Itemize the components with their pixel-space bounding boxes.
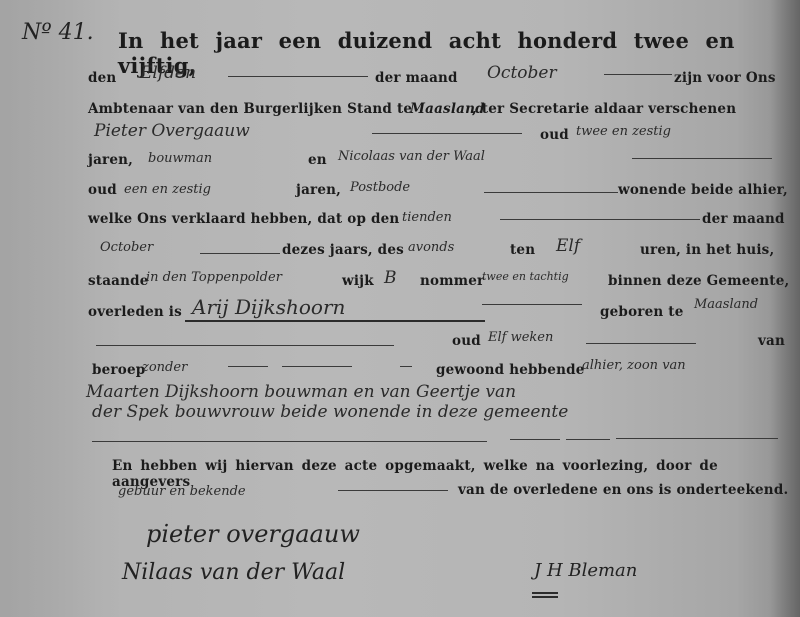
label-oud: oud: [452, 333, 481, 349]
closing-rule: [92, 441, 487, 442]
handwritten-declarant1-age: twee en zestig: [576, 124, 671, 139]
handwritten-house-number: twee en tachtig: [482, 270, 569, 283]
label-wijk: wijk: [342, 273, 374, 289]
signature-registrar: J H Bleman: [534, 560, 637, 581]
signature-declarant-2: Nilaas van der Waal: [122, 560, 345, 585]
fill-line: [228, 76, 368, 77]
handwritten-declarant-relation: gebuur en bekende: [118, 484, 246, 499]
label-verklaard: welke Ons verklaard hebben, dat op den: [88, 211, 399, 227]
closing-rule: [510, 439, 560, 440]
handwritten-declarant1-name: Pieter Overgaauw: [94, 121, 250, 141]
handwritten-hour: Elf: [556, 236, 580, 256]
fill-line: [200, 253, 280, 254]
fill-line: [586, 343, 696, 344]
deceased-underline: [185, 320, 485, 322]
label-wonende: wonende beide alhier,: [618, 182, 788, 198]
handwritten-deceased-name: Arij Dijkshoorn: [192, 295, 345, 319]
handwritten-wijk: B: [384, 268, 397, 288]
fill-line: [372, 133, 522, 134]
label-jaren: jaren,: [296, 182, 341, 198]
label-gewoond-hebbende: gewoond hebbende: [436, 362, 585, 378]
label-oud: oud: [540, 127, 569, 143]
closing-onderteekend: van de overledene en ons is onderteekend…: [458, 482, 788, 498]
handwritten-father: Maarten Dijkshoorn bouwman en van Geertj…: [86, 382, 516, 402]
signature-flourish: [532, 596, 558, 598]
fill-line: [400, 366, 412, 367]
signature-declarant-1: pieter overgaauw: [146, 520, 360, 548]
handwritten-deceased-age: Elf weken: [488, 330, 553, 345]
handwritten-residence-parents: alhier, zoon van: [582, 358, 686, 373]
handwritten-location: in den Toppenpolder: [146, 270, 282, 285]
fill-line: [96, 345, 394, 346]
label-secretarie: , ter Secretarie aldaar verschenen: [472, 101, 736, 117]
handwritten-deceased-occupation: zonder: [142, 360, 187, 375]
handwritten-declarant2-age: een en zestig: [124, 182, 211, 197]
handwritten-declarant1-occupation: bouwman: [148, 151, 212, 166]
handwritten-birthplace: Maasland: [694, 297, 758, 312]
handwritten-month: October: [487, 63, 557, 83]
label-en: en: [308, 152, 327, 168]
handwritten-day: Elfden: [140, 63, 196, 83]
label-beroep: beroep: [92, 362, 145, 378]
fill-line: [282, 366, 352, 367]
fill-line: [500, 219, 700, 220]
closing-rule: [566, 439, 610, 440]
label-zijn-voor-ons: zijn voor Ons: [674, 70, 776, 86]
handwritten-declarant2-occupation: Postbode: [350, 180, 410, 195]
label-jaren: jaren,: [88, 152, 133, 168]
label-overleden-is: overleden is: [88, 304, 182, 320]
closing-rule: [616, 438, 778, 439]
label-der-maand: der maand: [702, 211, 785, 227]
fill-line: [632, 158, 772, 159]
handwritten-mother: der Spek bouwvrouw beide wonende in deze…: [92, 402, 568, 422]
label-van: van: [758, 333, 785, 349]
label-binnen-deze-gemeente: binnen deze Gemeente,: [608, 273, 789, 289]
label-nommer: nommer: [420, 273, 484, 289]
label-geboren-te: geboren te: [600, 304, 684, 320]
label-ambtenaar: Ambtenaar van den Burgerlijken Stand te: [88, 101, 412, 117]
fill-line: [484, 192, 618, 193]
signature-flourish: [532, 592, 558, 594]
page-edge-shadow: [770, 0, 800, 617]
label-staande: staande: [88, 273, 149, 289]
handwritten-death-day: tienden: [402, 210, 452, 225]
label-uren-in-het-huis: uren, in het huis,: [640, 242, 774, 258]
label-der-maand: der maand: [375, 70, 458, 86]
label-ten: ten: [510, 242, 535, 258]
fill-line: [338, 490, 448, 491]
record-number: Nº 41.: [22, 20, 94, 45]
label-oud: oud: [88, 182, 117, 198]
handwritten-death-month: October: [100, 240, 153, 255]
handwritten-time-of-day: avonds: [408, 240, 454, 255]
fill-line: [482, 304, 582, 305]
label-den: den: [88, 70, 116, 86]
fill-line: [228, 366, 268, 367]
label-dezes-jaars: dezes jaars, des: [282, 242, 404, 258]
handwritten-declarant2-name: Nicolaas van der Waal: [338, 149, 485, 164]
fill-line: [604, 74, 672, 75]
